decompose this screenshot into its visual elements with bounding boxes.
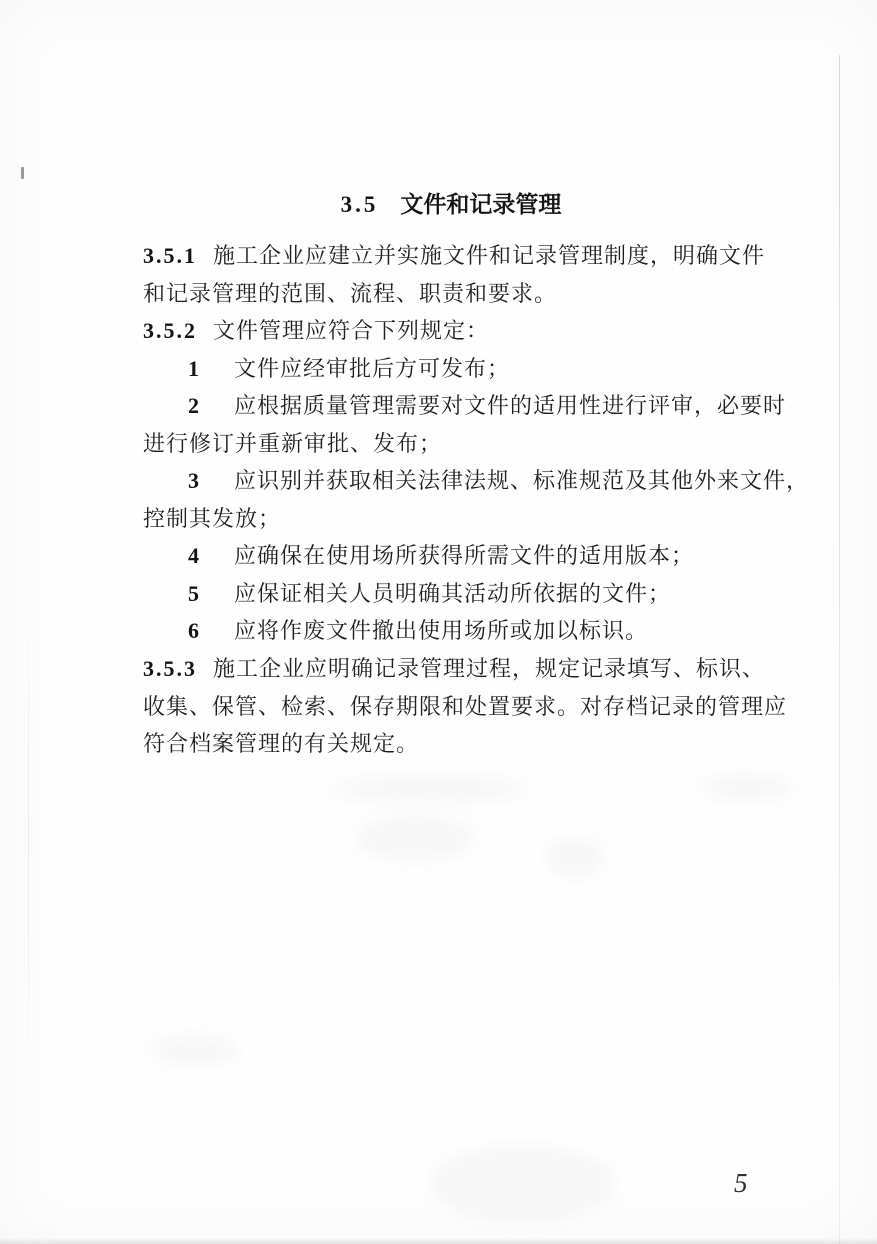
clause-text: 收集、保管、检索、保存期限和处置要求。对存档记录的管理应 (143, 694, 787, 719)
list-item-text: 进行修订并重新审批、发布； (143, 431, 442, 456)
page-number: 5 (734, 1168, 749, 1199)
scan-showthrough-smudge (430, 1145, 615, 1220)
list-item-text: 应保证相关人员明确其活动所依据的文件； (234, 581, 671, 606)
text-line: 1文件应经审批后方可发布； (143, 350, 765, 388)
list-item-text: 控制其发放； (143, 506, 281, 531)
text-line: 收集、保管、检索、保存期限和处置要求。对存档记录的管理应 (143, 688, 765, 726)
list-item-number: 3 (188, 468, 201, 493)
scan-showthrough-smudge (150, 1035, 240, 1065)
list-item-number: 1 (188, 356, 201, 381)
scan-showthrough-smudge (545, 838, 605, 878)
text-line: 和记录管理的范围、流程、职责和要求。 (143, 275, 765, 313)
list-item-text: 应识别并获取相关法律法规、标准规范及其他外来文件， (234, 468, 809, 493)
section-title-number: 3.5 (341, 192, 379, 217)
list-item-number: 5 (188, 581, 201, 606)
text-line: 4应确保在使用场所获得所需文件的适用版本； (143, 537, 765, 575)
clause-number: 3.5.3 (143, 656, 197, 681)
list-item-text: 应将作废文件撤出使用场所或加以标识。 (234, 618, 648, 643)
list-item-number: 6 (188, 618, 201, 643)
list-item-text: 应确保在使用场所获得所需文件的适用版本； (234, 543, 694, 568)
list-item-number: 4 (188, 543, 201, 568)
list-item-number: 2 (188, 393, 201, 418)
section-title: 3.5文件和记录管理 (143, 186, 759, 224)
document-page: 3.5文件和记录管理 3.5.1施工企业应建立并实施文件和记录管理制度，明确文件… (0, 0, 877, 1244)
clause-number: 3.5.2 (143, 318, 197, 343)
text-line: 3.5.3施工企业应明确记录管理过程，规定记录填写、标识、 (143, 650, 765, 688)
clause-text: 施工企业应建立并实施文件和记录管理制度，明确文件 (213, 243, 765, 268)
text-line: 6应将作废文件撤出使用场所或加以标识。 (143, 612, 765, 650)
clause-text: 和记录管理的范围、流程、职责和要求。 (143, 281, 557, 306)
text-line: 5应保证相关人员明确其活动所依据的文件； (143, 575, 765, 613)
clause-text: 文件管理应符合下列规定： (213, 318, 489, 343)
text-line: 符合档案管理的有关规定。 (143, 725, 765, 763)
text-line: 3.5.1施工企业应建立并实施文件和记录管理制度，明确文件 (143, 237, 765, 275)
list-item-text: 文件应经审批后方可发布； (234, 356, 510, 381)
scan-showthrough-smudge (330, 775, 530, 803)
scan-crease-left (28, 640, 29, 1040)
scan-shadow-bottom (0, 1238, 877, 1244)
scan-mark-left-edge (21, 167, 24, 179)
clause-number: 3.5.1 (143, 243, 197, 268)
section-title-text: 文件和记录管理 (400, 192, 561, 217)
scan-paper-edge-right (839, 55, 840, 1244)
scan-showthrough-smudge (355, 815, 475, 861)
text-line: 控制其发放； (143, 500, 765, 538)
text-line: 进行修订并重新审批、发布； (143, 425, 765, 463)
body-text-block: 3.5.1施工企业应建立并实施文件和记录管理制度，明确文件 和记录管理的范围、流… (143, 237, 765, 763)
scan-showthrough-smudge (700, 774, 795, 800)
clause-text: 符合档案管理的有关规定。 (143, 731, 419, 756)
clause-text: 施工企业应明确记录管理过程，规定记录填写、标识、 (213, 656, 765, 681)
text-line: 3.5.2文件管理应符合下列规定： (143, 312, 765, 350)
text-line: 3应识别并获取相关法律法规、标准规范及其他外来文件， (143, 462, 765, 500)
list-item-text: 应根据质量管理需要对文件的适用性进行评审，必要时 (234, 393, 786, 418)
text-line: 2应根据质量管理需要对文件的适用性进行评审，必要时 (143, 387, 765, 425)
